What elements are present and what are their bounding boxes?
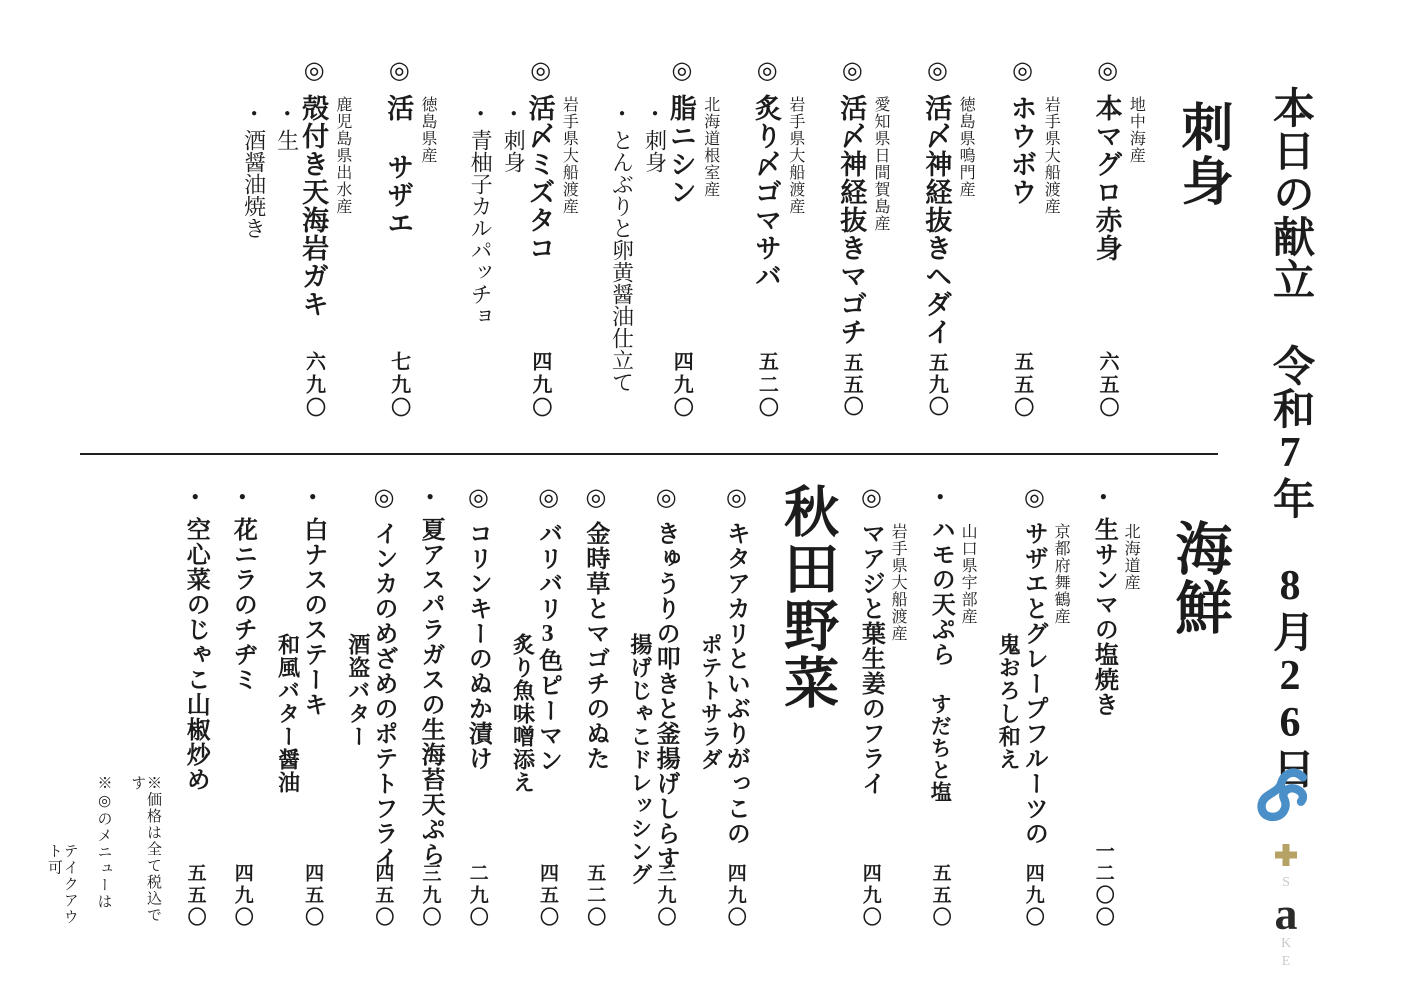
item-name: 活 サザエ	[383, 94, 413, 237]
sake-letter: E	[1282, 953, 1291, 971]
item-name-line2: 揚げじゃこドレッシング	[629, 483, 652, 933]
plus-icon	[1275, 844, 1297, 866]
item-main: ◎殻付き天海岩ガキ六九〇	[299, 56, 327, 422]
section-title: 秋田野菜	[777, 483, 835, 933]
item-name: バリバリ3色ピーマン	[535, 521, 561, 773]
item-name-line2: 和風バター醤油	[276, 483, 299, 933]
item-name-line2: 酒盗バター	[347, 483, 370, 933]
item-name: 花ニラのチヂミ	[229, 517, 255, 692]
item-name: 金時草とマゴチのぬた	[582, 521, 608, 771]
takeout-circle-marker: ◎	[1093, 56, 1118, 84]
takeout-circle-marker: ◎	[370, 483, 395, 511]
item-main: ◎活 サザエ七九〇	[384, 56, 412, 422]
item-name: 本マグロ赤身	[1092, 94, 1122, 262]
item-price: 五五〇	[185, 863, 205, 929]
sub-item: ●酒醤油焼き	[243, 56, 266, 422]
menu-item: 徳島県鳴門産◎活〆神経抜きヘダイ五九〇	[922, 56, 973, 422]
sub-item: ●刺身	[502, 56, 525, 422]
item-name: 白ナスのステーキ	[300, 517, 326, 717]
takeout-circle-marker: ◎	[753, 56, 778, 84]
sub-item-label: とんぶりと卵黄醤油仕立て	[609, 129, 634, 393]
dot-marker: ●	[508, 108, 519, 119]
item-name: サザエとグレープフルーツの	[1020, 521, 1046, 846]
sake-letter: K	[1281, 935, 1291, 953]
footnote: ※価格は全て税込です	[129, 483, 161, 933]
takeout-circle-marker: ◎	[534, 483, 559, 511]
item-price: 三九〇	[655, 863, 675, 929]
item-origin: 岩手県大船渡産	[560, 56, 577, 422]
dot-marker: ●	[934, 489, 947, 503]
item-main: ◎サザエとグレープフルーツの四九〇	[1020, 483, 1045, 933]
item-price: 五九〇	[925, 352, 947, 418]
item-name: ホウボウ	[1006, 94, 1036, 206]
item-price: 四五〇	[537, 863, 557, 929]
takeout-circle-marker: ◎	[300, 56, 325, 84]
item-name: 活〆神経抜きヘダイ	[921, 94, 951, 346]
item-name: マアジと葉生姜のフライ	[857, 521, 883, 796]
item-origin: 岩手県大船渡産	[888, 483, 905, 933]
item-price: 六五〇	[1096, 351, 1117, 420]
takeout-circle-marker: ◎	[857, 483, 882, 511]
menu-item: ◎金時草とマゴチのぬた五二〇	[582, 483, 607, 933]
item-name-suffix: すだちと塩	[928, 693, 952, 803]
item-price: 三九〇	[420, 863, 440, 929]
sub-item: ●生	[276, 56, 299, 422]
menu-area: 刺身地中海産◎本マグロ赤身六五〇岩手県大船渡産◎ホウボウ五五〇徳島県鳴門産◎活〆…	[0, 0, 1232, 933]
item-origin: 山口県宇部産	[958, 483, 975, 933]
item-main: ◎きゅうりの叩きと釜揚げしらす三九〇	[652, 483, 677, 933]
takeout-circle-marker: ◎	[582, 483, 607, 511]
menu-item: 京都府舞鶴産◎サザエとグレープフルーツの四九〇鬼おろし和え	[997, 483, 1068, 933]
sub-item: ●とんぶりと卵黄醤油仕立て	[610, 56, 633, 422]
item-name-line2: 鬼おろし和え	[997, 483, 1020, 933]
footnote-wrap: テイクアウト可	[45, 483, 77, 933]
dot-marker: ●	[306, 489, 319, 503]
item-price: 五五〇	[930, 863, 950, 929]
menu-item: ◎インカのめざめのポテトフライ四五〇酒盗バター	[347, 483, 395, 933]
item-name: 炙り〆ゴマサバ	[751, 94, 781, 290]
menu-item: ●白ナスのステーキ四五〇和風バター醤油	[276, 483, 324, 933]
item-name: 空心菜のじゃこ山椒炒め	[182, 517, 208, 792]
menu-item: 北海道産●生サンマの塩焼き一二〇〇	[1090, 483, 1138, 933]
item-name: インカのめざめのポテトフライ	[370, 521, 396, 871]
sub-item: ●刺身	[643, 56, 666, 422]
item-origin: 北海道産	[1121, 483, 1138, 933]
item-name: 活〆ミズタコ	[525, 94, 555, 262]
item-price: 五五〇	[840, 352, 862, 418]
item-main: ●花ニラのチヂミ四九〇	[229, 483, 254, 933]
item-price: 五二〇	[755, 351, 776, 420]
item-main: ◎金時草とマゴチのぬた五二〇	[582, 483, 607, 933]
item-price: 五二〇	[584, 863, 604, 929]
takeout-circle-marker: ◎	[464, 483, 489, 511]
menu-item: 愛知県日間賀島産◎活〆神経抜きマゴチ五五〇	[837, 56, 888, 422]
item-main: ●ハモの天ぷらすだちと塩五五〇	[927, 483, 952, 933]
takeout-circle-marker: ◎	[668, 56, 693, 84]
item-origin: 北海道根室産	[701, 56, 718, 422]
item-price: 四九〇	[860, 863, 880, 929]
item-name: 活〆神経抜きマゴチ	[836, 94, 866, 346]
menu-item: ●夏アスパラガスの生海苔天ぷら三九〇	[417, 483, 442, 933]
sub-item-label: 青柚子カルパッチョ	[468, 129, 493, 327]
item-price: 七九〇	[388, 351, 409, 420]
item-price: 一二〇〇	[1093, 841, 1113, 929]
item-name: 殻付き天海岩ガキ	[298, 94, 328, 318]
section-title: 刺身	[1173, 56, 1228, 422]
item-price: 四九〇	[1023, 863, 1043, 929]
footnote: ※◎のメニューは	[95, 483, 111, 933]
section-sashimi: 刺身地中海産◎本マグロ赤身六五〇岩手県大船渡産◎ホウボウ五五〇徳島県鳴門産◎活〆…	[0, 0, 1232, 422]
item-price: 四五〇	[302, 863, 322, 929]
item-origin: 岩手県大船渡産	[786, 56, 803, 422]
menu-item: 北海道根室産◎脂ニシン四九〇●刺身●とんぶりと卵黄醤油仕立て	[610, 56, 717, 422]
item-main: ●夏アスパラガスの生海苔天ぷら三九〇	[417, 483, 442, 933]
item-origin: 愛知県日間賀島産	[871, 56, 888, 422]
dot-marker: ●	[424, 489, 437, 503]
dot-marker: ●	[1097, 489, 1110, 503]
item-main: ◎マアジと葉生姜のフライ四九〇	[857, 483, 882, 933]
item-price: 六九〇	[302, 351, 323, 420]
item-main: ◎脂ニシン四九〇	[667, 56, 695, 422]
item-main: ◎炙り〆ゴマサバ五二〇	[752, 56, 780, 422]
takeout-circle-marker: ◎	[722, 483, 747, 511]
menu-item: 地中海産◎本マグロ赤身六五〇	[1092, 56, 1143, 422]
restaurant-logo: S a K E	[1253, 764, 1319, 970]
menu-item: ◎キタアカリといぶりがっこの四九〇ポテトサラダ	[699, 483, 747, 933]
item-name: 生サンマの塩焼き	[1090, 517, 1116, 717]
item-main: ◎キタアカリといぶりがっこの四九〇	[722, 483, 747, 933]
section-title: 海鮮	[1168, 483, 1228, 933]
item-main: ●生サンマの塩焼き一二〇〇	[1090, 483, 1115, 933]
dot-marker: ●	[649, 108, 660, 119]
menu-item: 岩手県大船渡産◎活〆ミズタコ四九〇●刺身●青柚子カルパッチョ	[469, 56, 576, 422]
item-origin: 徳島県鳴門産	[956, 56, 973, 422]
takeout-circle-marker: ◎	[1008, 56, 1033, 84]
dot-marker: ●	[248, 108, 259, 119]
item-name-line2: ポテトサラダ	[699, 483, 722, 933]
item-main: ◎本マグロ赤身六五〇	[1092, 56, 1120, 422]
menu-item: 岩手県大船渡産◎炙り〆ゴマサバ五二〇	[752, 56, 803, 422]
item-main: ◎コリンキーのぬか漬け二九〇	[464, 483, 489, 933]
menu-item: ◎バリバリ3色ピーマン四五〇炙り魚味噌添え	[511, 483, 559, 933]
dot-marker: ●	[281, 108, 292, 119]
menu-item: 徳島県産◎活 サザエ七九〇	[384, 56, 435, 422]
takeout-circle-marker: ◎	[838, 56, 863, 84]
page-title: 本日の献立 令和7年 8月26日	[1267, 86, 1313, 790]
sake-letter-accent: a	[1275, 892, 1298, 936]
sake-wordmark: S a K E	[1275, 874, 1298, 970]
sub-item: ●青柚子カルパッチョ	[469, 56, 492, 422]
item-main: ◎活〆神経抜きヘダイ五九〇	[922, 56, 950, 422]
item-name: 脂ニシン	[666, 94, 696, 206]
item-origin: 徳島県産	[418, 56, 435, 422]
section-kaisen-akita: 海鮮北海道産●生サンマの塩焼き一二〇〇京都府舞鶴産◎サザエとグレープフルーツの四…	[0, 455, 1232, 933]
sub-item-label: 酒醤油焼き	[242, 129, 267, 239]
item-origin: 鹿児島県出水産	[333, 56, 350, 422]
menu-item: 鹿児島県出水産◎殻付き天海岩ガキ六九〇●生●酒醤油焼き	[243, 56, 350, 422]
dot-marker: ●	[189, 489, 202, 503]
item-origin: 京都府舞鶴産	[1051, 483, 1068, 933]
menu-item: 岩手県大船渡産◎ホウボウ五五〇	[1007, 56, 1058, 422]
item-price: 四五〇	[372, 863, 392, 929]
menu-item: 岩手県大船渡産◎マアジと葉生姜のフライ四九〇	[857, 483, 905, 933]
item-price: 五五〇	[1011, 351, 1032, 420]
item-price: 四九〇	[232, 863, 252, 929]
menu-item: ◎きゅうりの叩きと釜揚げしらす三九〇揚げじゃこドレッシング	[629, 483, 677, 933]
item-origin: 岩手県大船渡産	[1041, 56, 1058, 422]
item-origin: 地中海産	[1127, 56, 1144, 422]
sub-item-label: 刺身	[501, 129, 526, 173]
item-main: ●白ナスのステーキ四五〇	[300, 483, 325, 933]
item-name: キタアカリといぶりがっこの	[722, 521, 748, 846]
item-name: ハモの天ぷら	[927, 517, 953, 667]
blue-script-mark-icon	[1256, 764, 1316, 830]
item-price: 四九〇	[670, 351, 691, 420]
dot-marker: ●	[236, 489, 249, 503]
item-main: ●空心菜のじゃこ山椒炒め五五〇	[182, 483, 207, 933]
item-name: 夏アスパラガスの生海苔天ぷら	[417, 517, 443, 867]
sub-item-label: 生	[275, 129, 300, 151]
takeout-circle-marker: ◎	[923, 56, 948, 84]
item-price: 四九〇	[529, 351, 550, 420]
menu-page: 刺身地中海産◎本マグロ赤身六五〇岩手県大船渡産◎ホウボウ五五〇徳島県鳴門産◎活〆…	[0, 0, 1415, 1001]
menu-item: ●空心菜のじゃこ山椒炒め五五〇	[182, 483, 207, 933]
dot-marker: ●	[475, 108, 486, 119]
item-main: ◎活〆神経抜きマゴチ五五〇	[837, 56, 865, 422]
menu-item: 山口県宇部産●ハモの天ぷらすだちと塩五五〇	[927, 483, 975, 933]
item-main: ◎バリバリ3色ピーマン四五〇	[534, 483, 559, 933]
item-price: 二九〇	[467, 863, 487, 929]
item-main: ◎ホウボウ五五〇	[1007, 56, 1035, 422]
takeout-circle-marker: ◎	[652, 483, 677, 511]
menu-item: ●花ニラのチヂミ四九〇	[229, 483, 254, 933]
dot-marker: ●	[616, 108, 627, 119]
item-main: ◎活〆ミズタコ四九〇	[525, 56, 553, 422]
sub-item-label: 刺身	[643, 129, 668, 173]
takeout-circle-marker: ◎	[385, 56, 410, 84]
item-name-line2: 炙り魚味噌添え	[511, 483, 534, 933]
takeout-circle-marker: ◎	[1020, 483, 1045, 511]
takeout-circle-marker: ◎	[526, 56, 551, 84]
item-price: 四九〇	[725, 863, 745, 929]
item-name: きゅうりの叩きと釜揚げしらす	[652, 521, 678, 871]
item-main: ◎インカのめざめのポテトフライ四五〇	[370, 483, 395, 933]
item-name: コリンキーのぬか漬け	[464, 521, 490, 771]
menu-item: ◎コリンキーのぬか漬け二九〇	[464, 483, 489, 933]
